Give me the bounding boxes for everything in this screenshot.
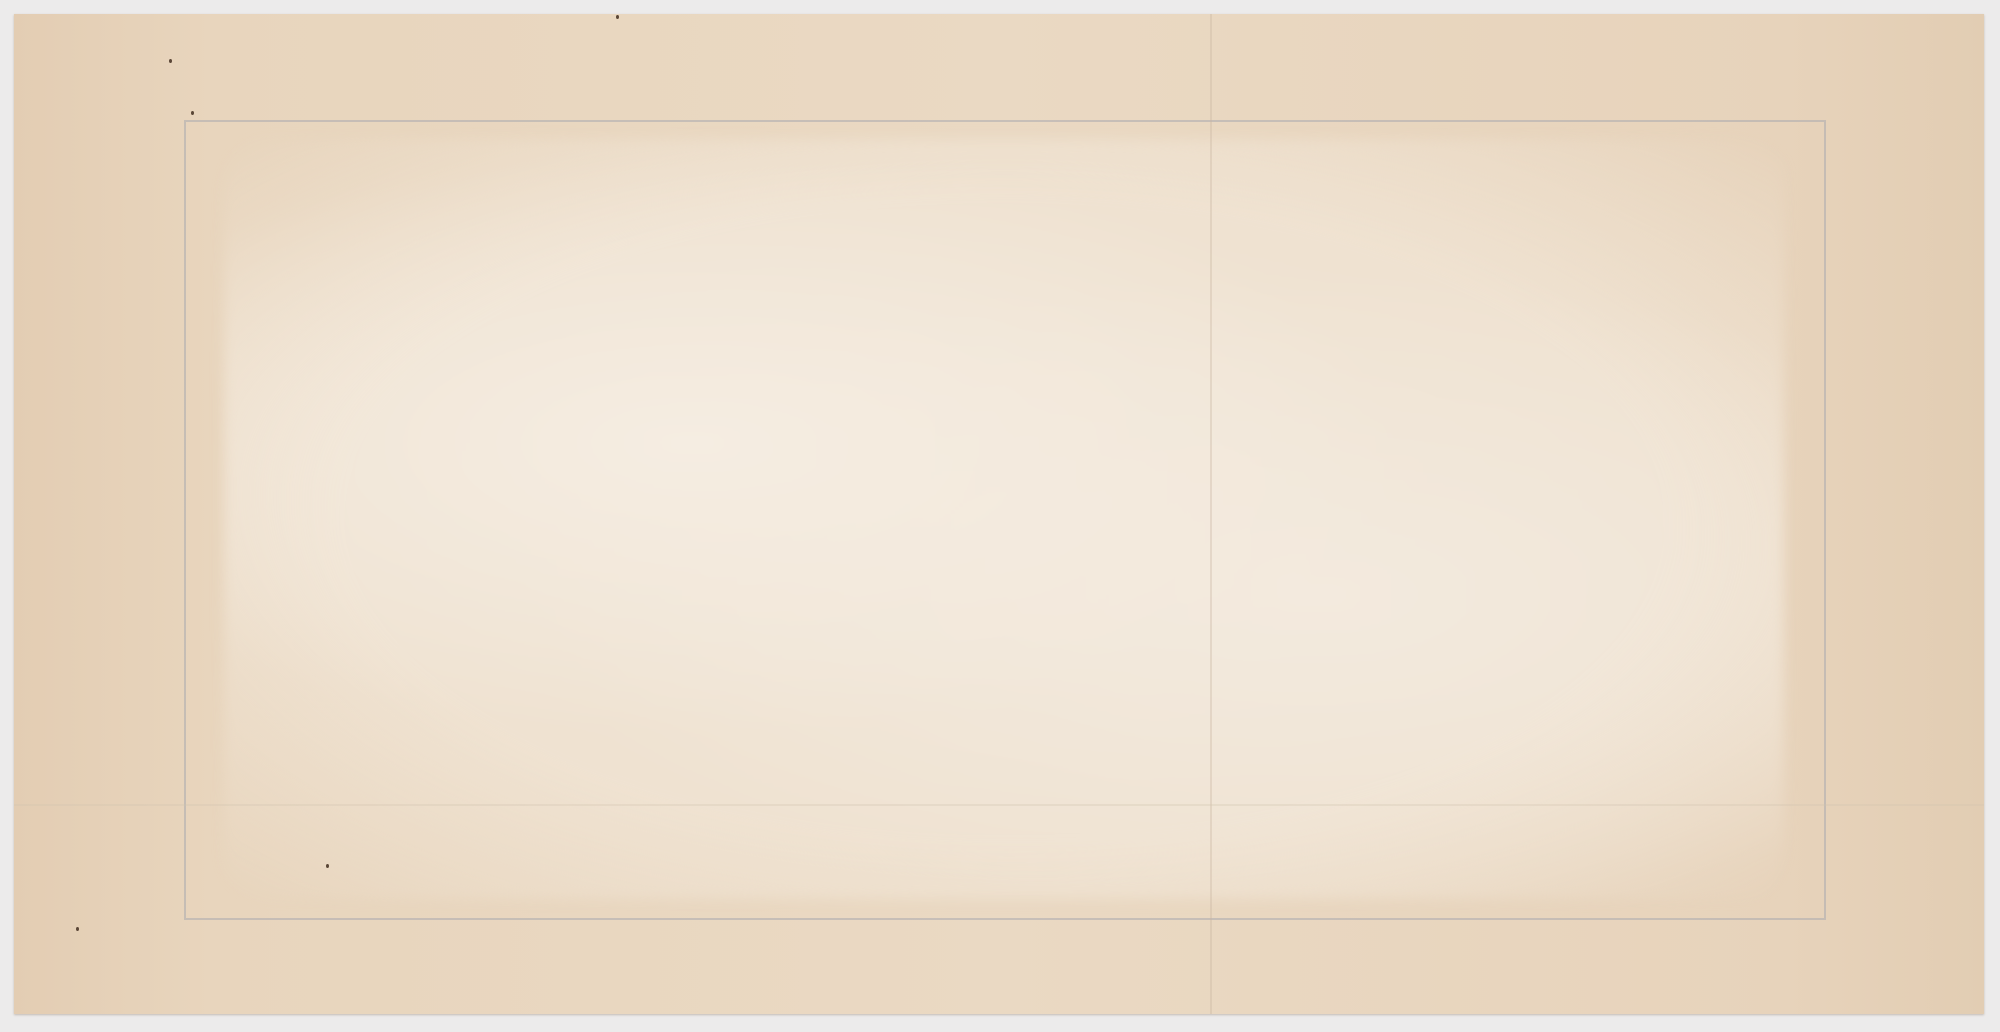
paper-speck (169, 59, 172, 63)
paper-speck (191, 111, 194, 115)
paper-sheet (14, 14, 1984, 1014)
paper-crease (14, 804, 1984, 806)
pencil-border-frame (184, 120, 1826, 920)
paper-speck (326, 864, 329, 868)
paper-speck (76, 927, 79, 931)
paper-crease (1210, 14, 1212, 1014)
paper-speck (616, 15, 619, 19)
